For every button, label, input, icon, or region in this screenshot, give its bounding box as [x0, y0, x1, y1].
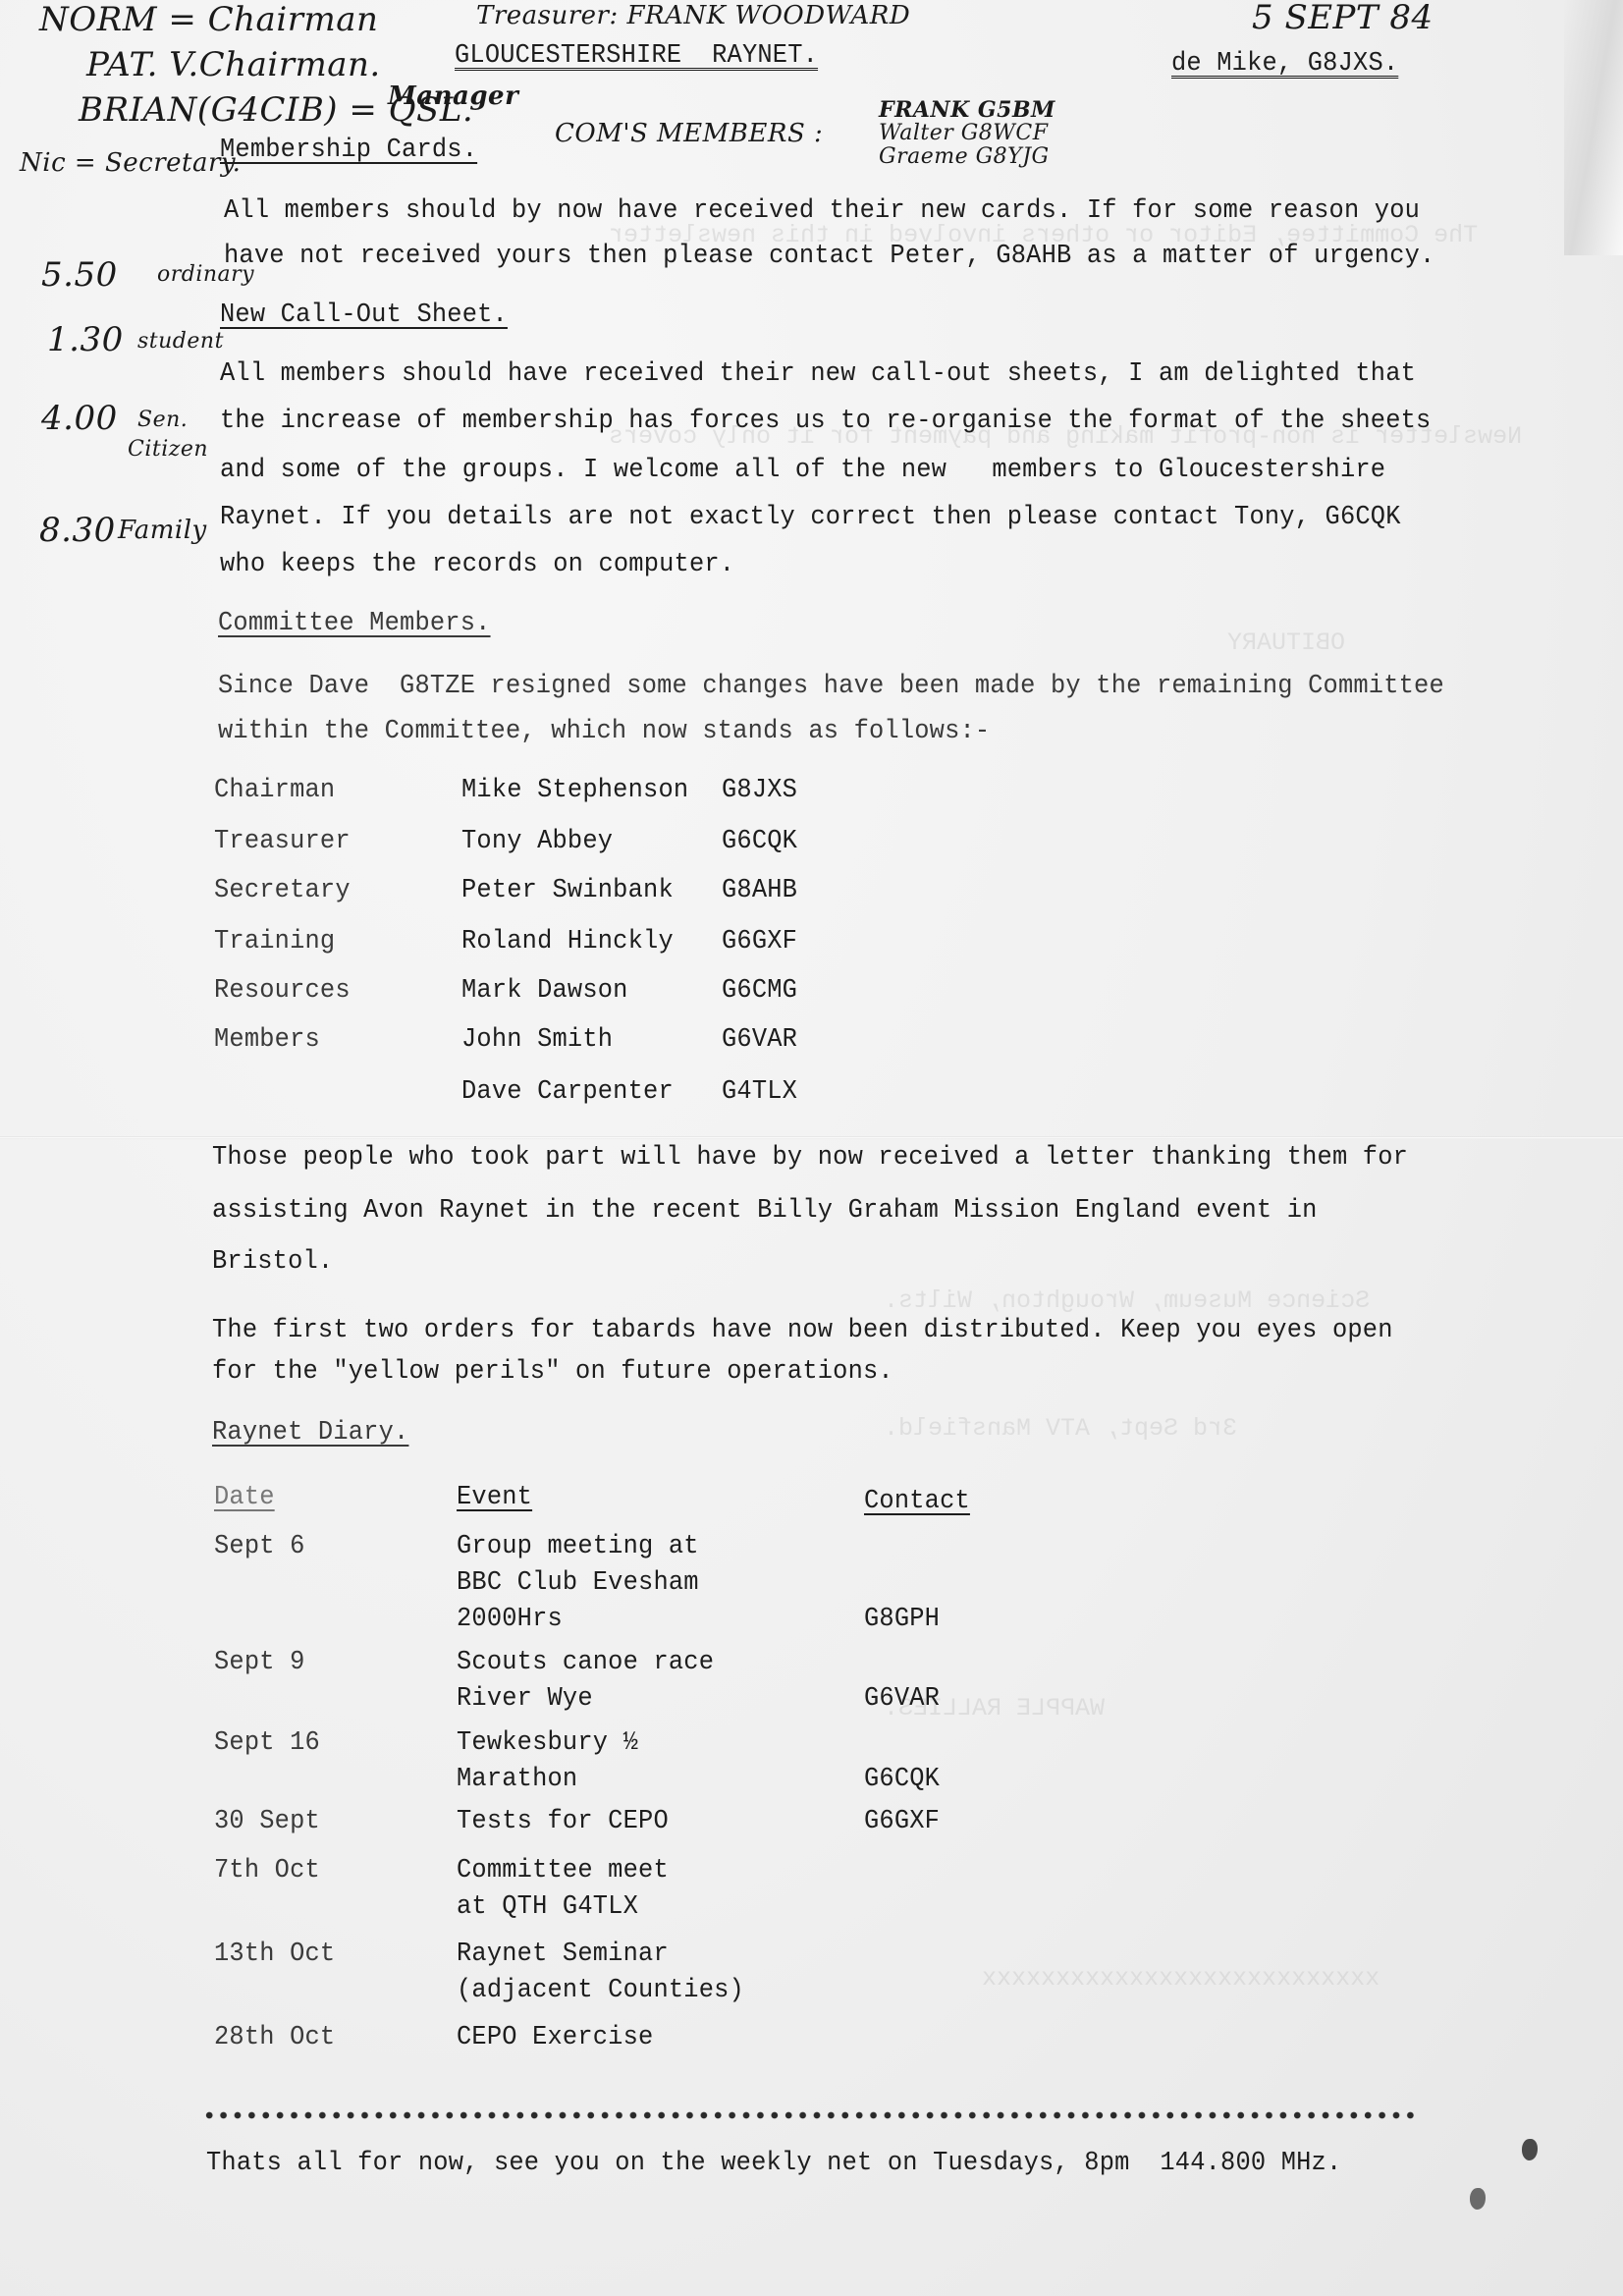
diary-column-header-date: Date [214, 1483, 275, 1512]
bleed-through-text: OBITUARY [1227, 629, 1345, 657]
committee-callsign: G6GXF [722, 927, 797, 957]
paper-fold-crease [0, 1136, 1623, 1139]
diary-event-line: 2000Hrs [457, 1605, 563, 1634]
committee-role: Resources [214, 976, 351, 1006]
newsletter-title: GLOUCESTERSHIRE RAYNET. [455, 41, 818, 71]
scanned-newsletter-page: OBITUARY The Committee, Editor or others… [0, 0, 1623, 2296]
handwritten-note: Nic = Secretary. [20, 145, 241, 181]
handwritten-treasurer: Treasurer: FRANK WOODWARD [476, 0, 910, 33]
handwritten-date: 5 SEPT 84 [1252, 0, 1434, 35]
bleed-through-text: 3rd Sept, ATV Mansfield. [884, 1414, 1237, 1443]
diary-date: 7th Oct [214, 1856, 320, 1886]
body-line: The first two orders for tabards have no… [212, 1316, 1393, 1345]
body-line: All members should have received their n… [220, 359, 1416, 389]
committee-name: Tony Abbey [461, 827, 613, 856]
handwritten-fee-amount: 1.30 [47, 322, 124, 357]
committee-name: John Smith [461, 1025, 613, 1055]
bleed-through-text: Science Museum, Wroughton, Wilts. [884, 1286, 1370, 1315]
body-line: for the "yellow perils" on future operat… [212, 1357, 893, 1387]
ink-blot [1522, 2139, 1538, 2160]
diary-date: Sept 9 [214, 1648, 305, 1677]
body-line: within the Committee, which now stands a… [218, 717, 990, 746]
ink-blot [1470, 2188, 1486, 2210]
handwritten-note: Manager [388, 79, 518, 114]
body-line: the increase of membership has forces us… [220, 407, 1431, 436]
body-line: have not received yours then please cont… [224, 242, 1434, 271]
handwritten-fee-amount: 8.30 [39, 513, 116, 548]
diary-event-line: Scouts canoe race [457, 1648, 714, 1677]
committee-role: Secretary [214, 876, 351, 905]
committee-callsign: G8JXS [722, 776, 797, 805]
handwritten-note: PAT. V.Chairman. [86, 47, 381, 82]
body-line: Bristol. [212, 1247, 333, 1277]
paper-curl [1564, 0, 1623, 255]
committee-callsign: G4TLX [722, 1077, 797, 1107]
body-line: who keeps the records on computer. [220, 550, 734, 579]
committee-name: Peter Swinbank [461, 876, 674, 905]
body-line: assisting Avon Raynet in the recent Bill… [212, 1196, 1318, 1226]
closing-line: Thats all for now, see you on the weekly… [206, 2149, 1341, 2178]
section-heading: Membership Cards. [220, 136, 477, 165]
handwritten-note: COM'S MEMBERS : [555, 116, 823, 151]
diary-contact: G6GXF [864, 1807, 940, 1836]
handwritten-fee-type: Citizen [128, 432, 208, 467]
diary-date: 13th Oct [214, 1940, 335, 1969]
diary-event-line: River Wye [457, 1684, 593, 1714]
section-heading: Committee Members. [218, 609, 491, 638]
committee-name: Roland Hinckly [461, 927, 674, 957]
committee-callsign: G6CQK [722, 827, 797, 856]
handwritten-fee-type: student [137, 324, 224, 359]
committee-name: Dave Carpenter [461, 1077, 674, 1107]
committee-callsign: G6CMG [722, 976, 797, 1006]
section-heading: Raynet Diary. [212, 1418, 408, 1448]
diary-contact: G6CQK [864, 1765, 940, 1794]
diary-event-line: Group meeting at [457, 1532, 699, 1561]
diary-event-line: Tests for CEPO [457, 1807, 669, 1836]
body-line: and some of the groups. I welcome all of… [220, 456, 1385, 485]
body-line: All members should by now have received … [224, 196, 1420, 226]
committee-role: Chairman [214, 776, 335, 805]
handwritten-fee-amount: 5.50 [41, 257, 118, 293]
section-heading: New Call-Out Sheet. [220, 301, 508, 330]
dotted-separator [202, 2108, 1420, 2122]
diary-event-line: Committee meet [457, 1856, 669, 1886]
committee-callsign: G6VAR [722, 1025, 797, 1055]
committee-role: Training [214, 927, 335, 957]
bleed-through-text: xxxxxxxxxxxxxxxxxxxxxxxxxxx [982, 1964, 1380, 1993]
diary-column-header-event: Event [457, 1483, 532, 1512]
diary-contact: G8GPH [864, 1605, 940, 1634]
handwritten-fee-type: Family [118, 513, 207, 548]
handwritten-note: NORM = Chairman [39, 2, 378, 37]
diary-event-line: at QTH G4TLX [457, 1892, 638, 1922]
handwritten-fee-amount: 4.00 [41, 401, 118, 436]
diary-date: 30 Sept [214, 1807, 320, 1836]
committee-callsign: G8AHB [722, 876, 797, 905]
handwritten-note: Graeme G8YJG [879, 139, 1050, 175]
diary-event-line: BBC Club Evesham [457, 1568, 699, 1598]
diary-date: Sept 16 [214, 1728, 320, 1758]
diary-date: 28th Oct [214, 2023, 335, 2052]
diary-date: Sept 6 [214, 1532, 305, 1561]
newsletter-author: de Mike, G8JXS. [1171, 49, 1398, 79]
body-line: Raynet. If you details are not exactly c… [220, 503, 1401, 532]
committee-name: Mike Stephenson [461, 776, 688, 805]
diary-event-line: (adjacent Counties) [457, 1976, 744, 2005]
body-line: Since Dave G8TZE resigned some changes h… [218, 672, 1444, 701]
body-line: Those people who took part will have by … [212, 1143, 1408, 1173]
diary-contact: G6VAR [864, 1684, 940, 1714]
diary-event-line: CEPO Exercise [457, 2023, 653, 2052]
diary-column-header-contact: Contact [864, 1487, 970, 1516]
committee-name: Mark Dawson [461, 976, 628, 1006]
diary-event-line: Raynet Seminar [457, 1940, 669, 1969]
diary-event-line: Tewkesbury ½ [457, 1728, 638, 1758]
committee-role: Members [214, 1025, 320, 1055]
diary-event-line: Marathon [457, 1765, 577, 1794]
committee-role: Treasurer [214, 827, 351, 856]
